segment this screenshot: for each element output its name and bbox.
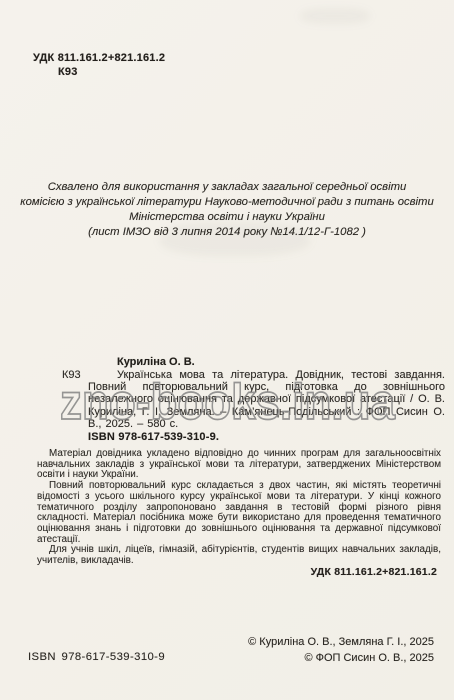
approval-line: комісією з української літератури Науков… — [0, 195, 454, 210]
annotation-paragraph: Матеріал довідника укладено відповідно д… — [37, 449, 441, 481]
approval-line: Схвалено для використання у закладах заг… — [0, 180, 454, 195]
citation-author: Куриліна О. В. — [117, 356, 445, 368]
udc-number-bottom: УДК 811.161.2+821.161.2 — [311, 566, 437, 578]
scan-bleedthrough-artifact — [300, 8, 370, 24]
udc-number: УДК 811.161.2+821.161.2 — [33, 51, 165, 65]
citation-code: К93 — [62, 369, 81, 381]
copyright-block: © Куриліна О. В., Земляна Г. І., 2025 © … — [248, 635, 434, 667]
approval-statement: Схвалено для використання у закладах заг… — [0, 180, 454, 240]
author-sign-code: К93 — [33, 65, 165, 79]
annotation-paragraph: Для учнів шкіл, ліцеїв, гімназій, абітур… — [37, 545, 441, 566]
footer-isbn: ISBN 978-617-539-310-9 — [28, 651, 165, 663]
annotation-paragraph: Повний повторювальний курс складається з… — [37, 481, 441, 545]
book-imprint-page: УДК 811.161.2+821.161.2 К93 Схвалено для… — [0, 0, 454, 700]
bibliographic-citation: Куриліна О. В. К93 Українська мова та лі… — [88, 356, 445, 444]
citation-body: Українська мова та література. Довідник,… — [88, 369, 445, 430]
copyright-publisher: © ФОП Сисин О. В., 2025 — [248, 651, 434, 667]
approval-line: Міністерства освіти і науки України — [0, 210, 454, 225]
approval-line: (лист ІМЗО від 3 липня 2014 року №14.1/1… — [0, 225, 454, 240]
annotation-block: Матеріал довідника укладено відповідно д… — [37, 449, 441, 567]
udc-classification-block: УДК 811.161.2+821.161.2 К93 — [33, 51, 165, 79]
copyright-authors: © Куриліна О. В., Земляна Г. І., 2025 — [248, 635, 434, 651]
citation-isbn: ISBN 978-617-539-310-9. — [88, 431, 445, 443]
